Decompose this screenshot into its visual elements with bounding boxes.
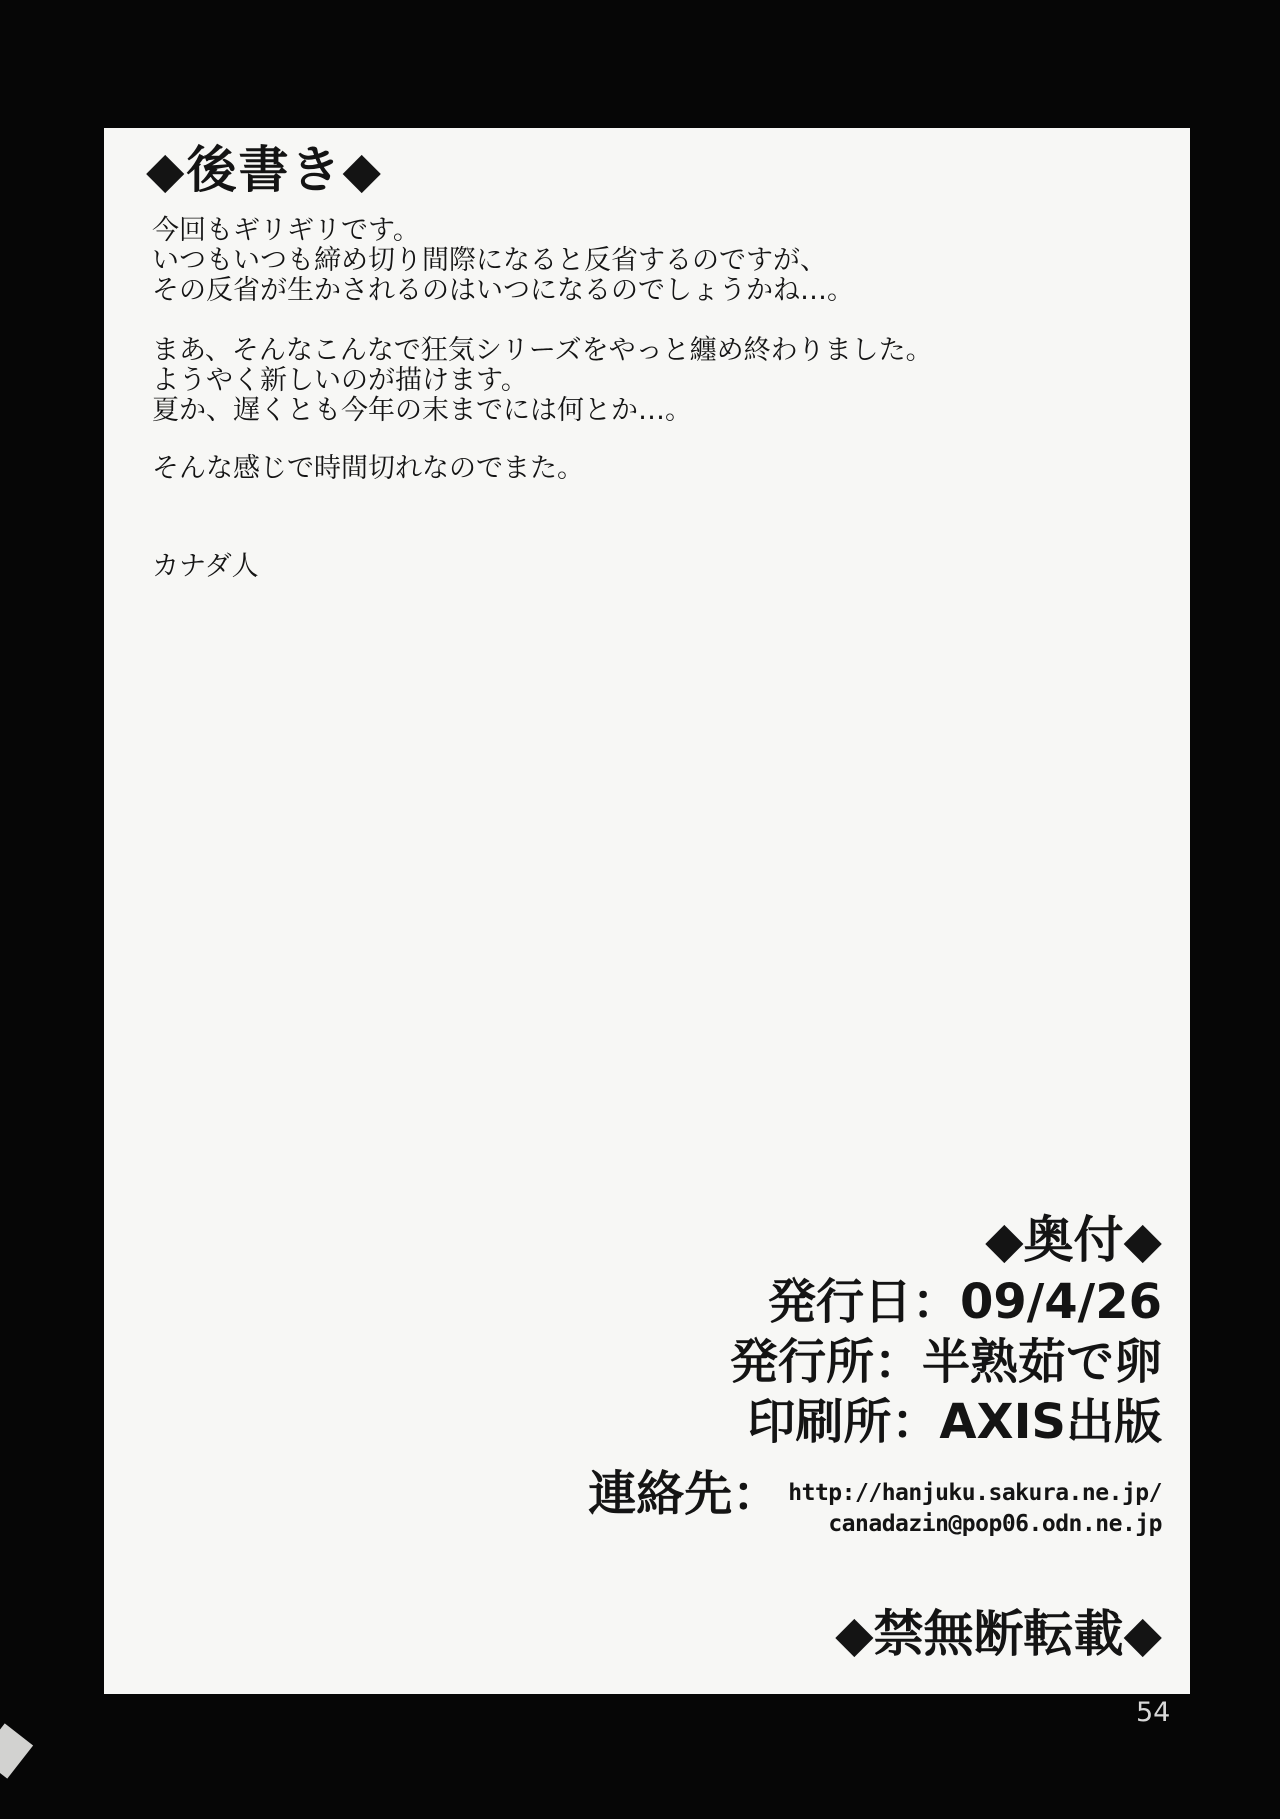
afterword-title: ◆後書き◆ — [146, 130, 383, 202]
page-number: 54 — [1136, 1698, 1170, 1728]
text-line: 今回もギリギリです。 — [152, 216, 854, 246]
contact-email: canadazin@pop06.odn.ne.jp — [828, 1509, 1162, 1540]
contact-url-stack: http://hanjuku.sakura.ne.jp/ canadazin@p… — [788, 1478, 1162, 1540]
publish-date-line: 発行日：09/4/26 — [588, 1272, 1162, 1332]
text-line: ようやく新しいのが描けます。 — [152, 366, 933, 396]
author-signature: カナダ人 — [152, 552, 259, 582]
contact-row: 連絡先： http://hanjuku.sakura.ne.jp/ canada… — [588, 1468, 1162, 1540]
contact-url: http://hanjuku.sakura.ne.jp/ — [788, 1478, 1162, 1509]
afterword-paragraph-2: まあ、そんなこんなで狂気シリーズをやっと纏め終わりました。 ようやく新しいのが描… — [152, 336, 933, 426]
afterword-paragraph-3: そんな感じで時間切れなのでまた。 — [152, 454, 584, 484]
scan-artifact-bottom-left — [0, 1723, 33, 1778]
doujin-scan-page: ◆後書き◆ 今回もギリギリです。 いつもいつも締め切り間際になると反省するのです… — [104, 128, 1190, 1694]
text-line: その反省が生かされるのはいつになるのでしょうかね…。 — [152, 276, 854, 306]
text-line: まあ、そんなこんなで狂気シリーズをやっと纏め終わりました。 — [152, 336, 933, 366]
no-reproduction-notice: ◆禁無断転載◆ — [588, 1604, 1162, 1664]
afterword-paragraph-1: 今回もギリギリです。 いつもいつも締め切り間際になると反省するのですが、 その反… — [152, 216, 854, 306]
contact-label: 連絡先： — [588, 1468, 780, 1520]
printer-line: 印刷所：AXIS出版 — [588, 1392, 1162, 1452]
text-line: そんな感じで時間切れなのでまた。 — [152, 454, 584, 484]
text-line: 夏か、遅くとも今年の末までには何とか…。 — [152, 396, 933, 426]
colophon-section: ◆奥付◆ 発行日：09/4/26 発行所：半熟茹で卵 印刷所：AXIS出版 連絡… — [588, 1208, 1162, 1664]
colophon-title: ◆奥付◆ — [588, 1208, 1162, 1272]
publisher-line: 発行所：半熟茹で卵 — [588, 1332, 1162, 1392]
text-line: いつもいつも締め切り間際になると反省するのですが、 — [152, 246, 854, 276]
